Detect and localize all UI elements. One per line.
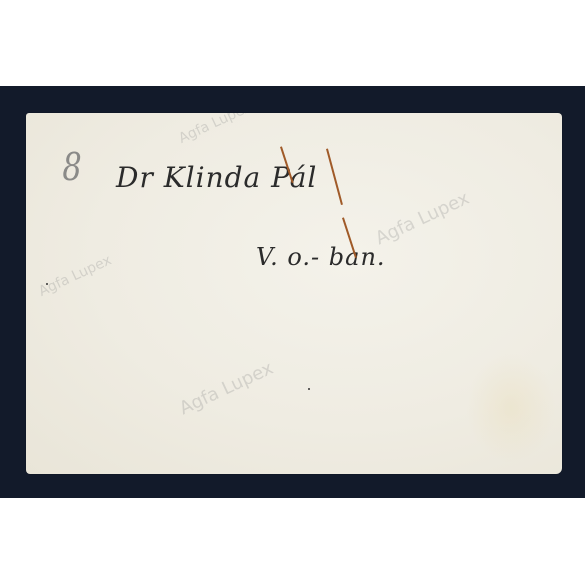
watermark-agfa-lupex: Agfa Lupex	[372, 188, 472, 250]
paper-stain	[466, 353, 556, 463]
watermark-agfa-lupex: Agfa Lupex	[176, 358, 276, 420]
speck	[46, 283, 48, 285]
speck	[308, 388, 310, 390]
pencil-number: 8	[62, 145, 81, 189]
red-pencil-mark	[326, 148, 343, 205]
photo-back-card: Agfa Lupex Agfa Lupex Agfa Lupex Agfa Lu…	[26, 113, 562, 474]
watermark-agfa-lupex: Agfa Lupex	[36, 252, 114, 300]
watermark-agfa-lupex: Agfa Lupex	[176, 113, 254, 147]
handwritten-note: V. o.- ban.	[256, 243, 386, 271]
